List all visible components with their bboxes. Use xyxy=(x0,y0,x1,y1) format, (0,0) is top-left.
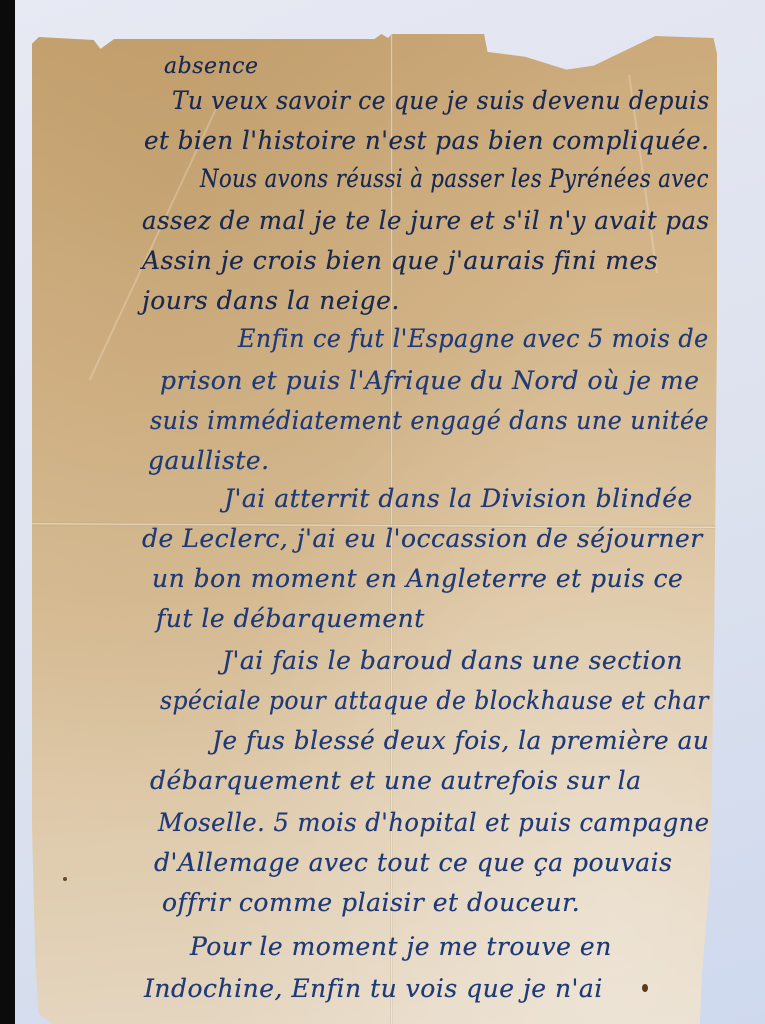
dark-left-border xyxy=(0,0,15,1024)
text-line: J'ai atterrit dans la Division blindée xyxy=(224,484,693,513)
text-line: un bon moment en Angleterre et puis ce xyxy=(152,564,683,593)
text-line: absence xyxy=(164,54,259,79)
text-line: fut le débarquement xyxy=(156,604,425,633)
text-line: prison et puis l'Afrique du Nord où je m… xyxy=(160,366,700,395)
text-line: Indochine, Enfin tu vois que je n'ai xyxy=(144,974,603,1003)
text-line: assez de mal je te le jure et s'il n'y a… xyxy=(142,206,710,235)
text-line: Nous avons réussi à passer les Pyrénées … xyxy=(200,164,709,193)
text-line: d'Allemage avec tout ce que ça pouvais xyxy=(154,848,673,877)
text-line: offrir comme plaisir et douceur. xyxy=(162,888,580,917)
text-line: Je fus blessé deux fois, la première au xyxy=(212,726,709,755)
text-line: Enfin ce fut l'Espagne avec 5 mois de xyxy=(238,324,709,353)
text-line: Assin je crois bien que j'aurais fini me… xyxy=(142,246,658,275)
letter-text: absence Tu veux savoir ce que je suis de… xyxy=(32,34,717,1024)
text-line: Tu veux savoir ce que je suis devenu dep… xyxy=(172,86,710,115)
text-line: gaulliste. xyxy=(148,446,270,475)
text-line: spéciale pour attaque de blockhause et c… xyxy=(160,686,709,715)
text-line: J'ai fais le baroud dans une section xyxy=(222,646,683,675)
text-line: de Leclerc, j'ai eu l'occassion de séjou… xyxy=(142,524,703,553)
text-line: Pour le moment je me trouve en xyxy=(190,932,612,961)
text-line: jours dans la neige. xyxy=(142,286,400,315)
text-line: débarquement et une autrefois sur la xyxy=(150,766,642,795)
text-line: Moselle. 5 mois d'hopital et puis campag… xyxy=(158,808,710,837)
text-line: suis immédiatement engagé dans une unité… xyxy=(150,406,709,435)
text-line: et bien l'histoire n'est pas bien compli… xyxy=(144,126,709,155)
letter-page: absence Tu veux savoir ce que je suis de… xyxy=(32,34,717,1024)
